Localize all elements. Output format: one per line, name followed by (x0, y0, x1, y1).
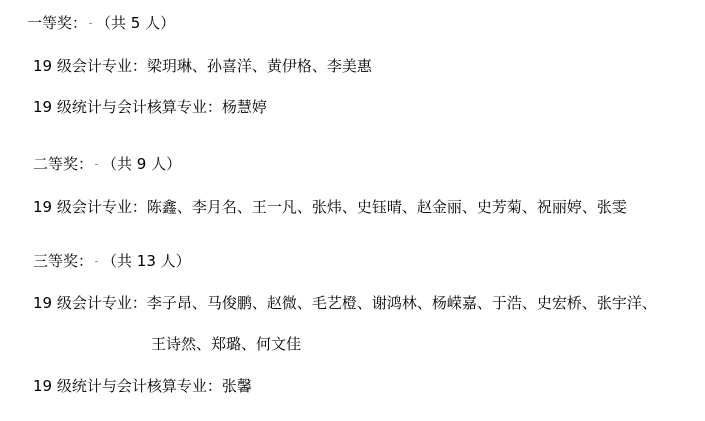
award-group: 19 级会计专业：陈鑫、李月名、王一凡、张炜、史钰晴、赵金丽、史芳菊、祝丽婷、张… (33, 197, 627, 217)
award-group: 19 级统计与会计核算专业：杨慧婷 (33, 97, 267, 117)
award-group: 19 级会计专业：李子昂、马俊鹏、赵微、毛艺橙、谢鸿林、杨嵘嘉、于浩、史宏桥、张… (33, 293, 657, 313)
heading-count: （共 13 人） (102, 252, 191, 270)
section-heading-first-prize: 一等奖：（共 5 人） (27, 13, 175, 33)
winner-names: 李子昂、马俊鹏、赵微、毛艺橙、谢鸿林、杨嵘嘉、于浩、史宏桥、张宇洋、 (147, 294, 657, 312)
winner-names: 梁玥琳、孙喜洋、黄伊格、李美惠 (147, 57, 372, 75)
major-label: 19 级会计专业： (33, 57, 147, 75)
major-label: 19 级统计与会计核算专业： (33, 98, 222, 116)
winner-names: 张馨 (222, 377, 252, 395)
heading-count: （共 5 人） (96, 14, 175, 32)
major-label: 19 级会计专业： (33, 294, 147, 312)
major-label: 19 级统计与会计核算专业： (33, 377, 222, 395)
heading-label: 一等奖： (27, 14, 87, 32)
award-group-continuation: 王诗然、郑璐、何文佳 (151, 334, 301, 354)
heading-label: 三等奖： (33, 252, 93, 270)
heading-count: （共 9 人） (102, 155, 181, 173)
section-heading-second-prize: 二等奖：（共 9 人） (33, 154, 181, 174)
winner-names: 王诗然、郑璐、何文佳 (151, 335, 301, 353)
winner-names: 陈鑫、李月名、王一凡、张炜、史钰晴、赵金丽、史芳菊、祝丽婷、张雯 (147, 198, 627, 216)
section-heading-third-prize: 三等奖：（共 13 人） (33, 251, 191, 271)
space-formatting-mark (95, 261, 98, 262)
space-formatting-mark (89, 23, 92, 24)
winner-names: 杨慧婷 (222, 98, 267, 116)
major-label: 19 级会计专业： (33, 198, 147, 216)
award-group: 19 级统计与会计核算专业：张馨 (33, 376, 252, 396)
heading-label: 二等奖： (33, 155, 93, 173)
award-group: 19 级会计专业：梁玥琳、孙喜洋、黄伊格、李美惠 (33, 56, 372, 76)
space-formatting-mark (95, 164, 98, 165)
